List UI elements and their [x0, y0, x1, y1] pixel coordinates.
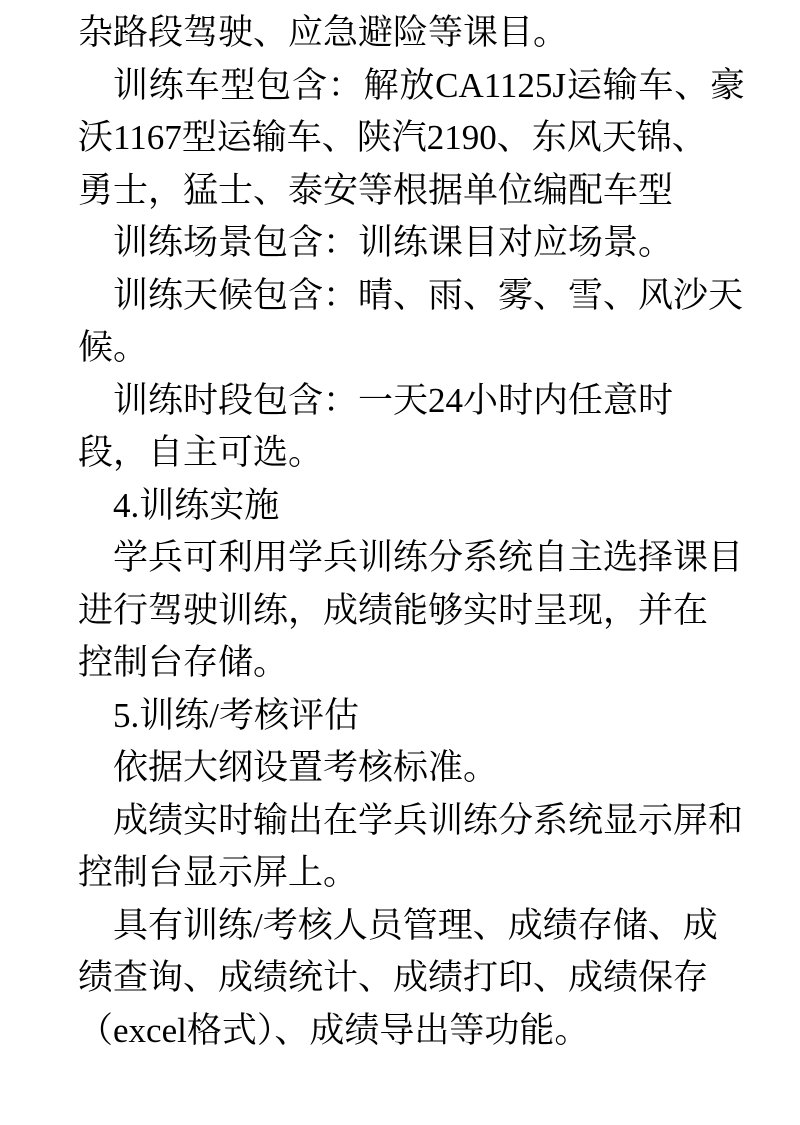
document-page: 杂路段驾驶、应急避险等课目。训练车型包含：解放CA1125J运输车、豪沃1167… — [0, 0, 800, 1125]
text-line: 杂路段驾驶、应急避险等课目。 — [78, 7, 745, 60]
text-line: 绩查询、成绩统计、成绩打印、成绩保存 — [78, 952, 745, 1005]
document-text-block: 杂路段驾驶、应急避险等课目。训练车型包含：解放CA1125J运输车、豪沃1167… — [78, 7, 745, 1057]
text-line: 成绩实时输出在学兵训练分系统显示屏和 — [78, 795, 745, 848]
text-line: 进行驾驶训练，成绩能够实时呈现，并在 — [78, 585, 745, 638]
text-line: 勇士，猛士、泰安等根据单位编配车型 — [78, 165, 745, 218]
text-line: 依据大纲设置考核标准。 — [78, 742, 745, 795]
text-line: 训练时段包含：一天24小时内任意时 — [78, 375, 745, 428]
text-line: 控制台显示屏上。 — [78, 847, 745, 900]
text-line: 学兵可利用学兵训练分系统自主选择课目 — [78, 532, 745, 585]
text-line: 段，自主可选。 — [78, 427, 745, 480]
text-line: 沃1167型运输车、陕汽2190、东风天锦、 — [78, 112, 745, 165]
text-line: 5.训练/考核评估 — [78, 690, 745, 743]
text-line: 控制台存储。 — [78, 637, 745, 690]
text-line: 训练天候包含：晴、雨、雾、雪、风沙天 — [78, 270, 745, 323]
text-line: 训练场景包含：训练课目对应场景。 — [78, 217, 745, 270]
text-line: 训练车型包含：解放CA1125J运输车、豪 — [78, 60, 745, 113]
text-line: 具有训练/考核人员管理、成绩存储、成 — [78, 900, 745, 953]
text-line: 候。 — [78, 322, 745, 375]
text-line: 4.训练实施 — [78, 480, 745, 533]
text-line: （excel格式）、成绩导出等功能。 — [78, 1005, 745, 1058]
